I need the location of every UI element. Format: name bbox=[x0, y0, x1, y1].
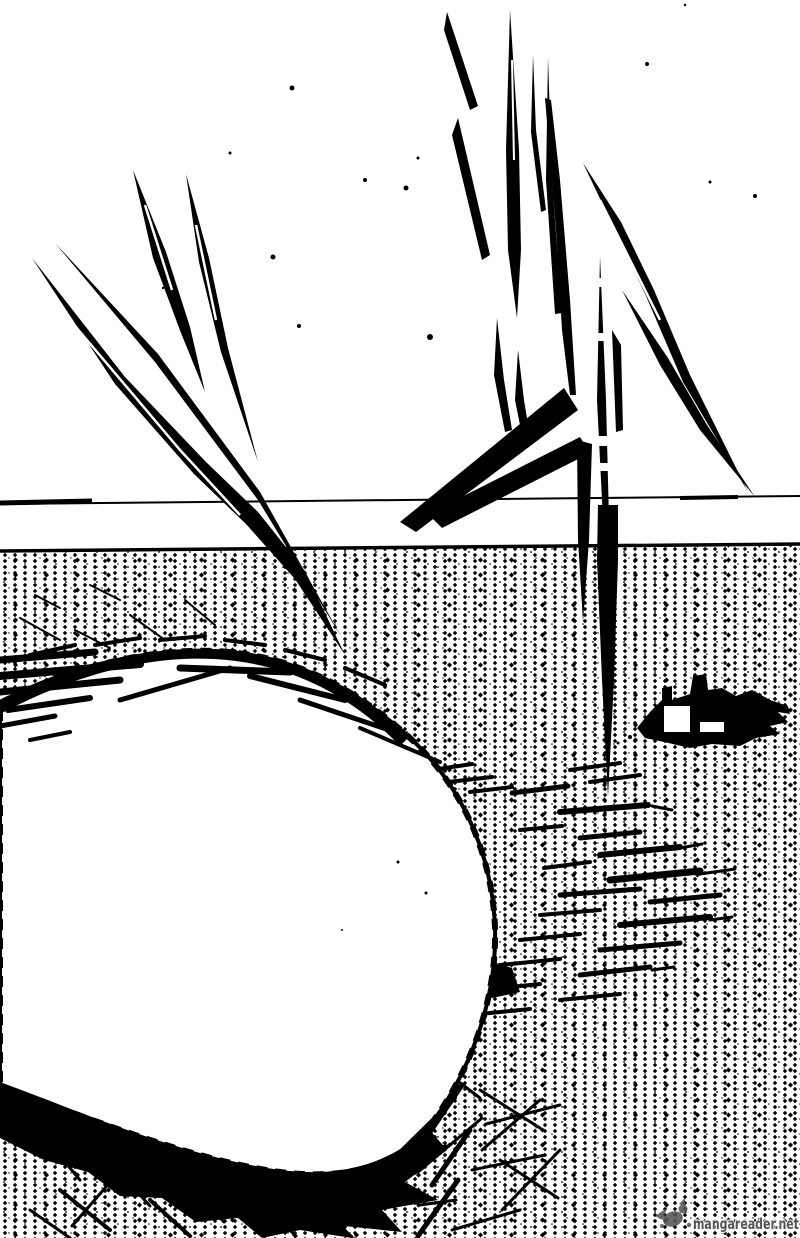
watermark-text: mangareader.net bbox=[693, 1215, 799, 1233]
wall-line-left-cap bbox=[0, 501, 92, 503]
manga-panel-artwork: mangareader.net bbox=[0, 0, 800, 1238]
manga-page-scan: mangareader.net bbox=[0, 0, 800, 1238]
wall-line-dark-patch bbox=[680, 497, 738, 498]
